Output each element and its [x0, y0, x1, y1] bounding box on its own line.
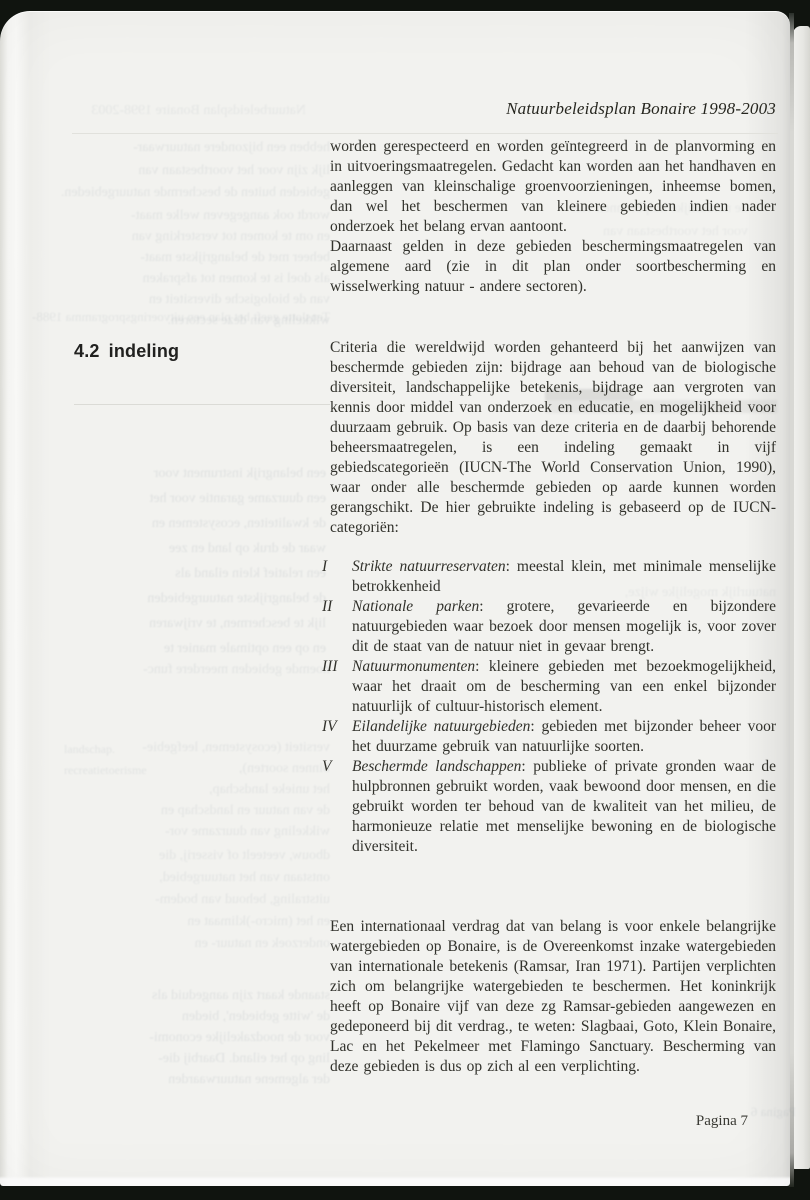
document-page: Natuurbeleidsplan Bonaire 1998-2003 hebb…: [0, 11, 790, 1186]
ghost-text-block: een belangrijk instrument vooreen duurza…: [64, 461, 326, 661]
ghost-text-block: dbouw, veeteelt of visserij, dieontstaan…: [64, 845, 330, 955]
list-item-term: Eilandelijke natuurgebieden: [352, 718, 530, 735]
list-item-numeral: II: [322, 597, 352, 657]
ghost-text-block: wordt ook aangegeven welke maat-en om te…: [64, 205, 330, 331]
paragraph-ramsar: Een internationaal verdrag dat van belan…: [330, 917, 776, 1077]
list-item: IV Eilandelijke natuurgebieden: gebieden…: [322, 717, 776, 757]
list-item: V Beschermde landschappen: publieke of p…: [322, 757, 776, 857]
next-page-edge: [793, 26, 810, 1169]
list-item: III Natuurmonumenten: kleinere gebieden …: [322, 657, 776, 717]
ghost-text-block: hebben een bijzondere natuurwaar-lijk zi…: [64, 137, 330, 205]
ghost-margin-label: landschap.: [64, 742, 194, 757]
page-number: Pagina 7: [578, 1113, 748, 1130]
list-item: II Nationale parken: grotere, gevarieerd…: [322, 597, 776, 657]
section-heading: 4.2indeling: [74, 341, 179, 362]
list-item-term: Nationale parken: [352, 598, 479, 615]
list-item-numeral: I: [322, 557, 352, 597]
list-item-text: Nationale parken: grotere, gevarieerde e…: [352, 597, 776, 657]
paragraph-text: Daarnaast gelden in deze gebieden besche…: [330, 238, 776, 295]
ghost-page-number-verso: Pagina 6: [750, 1104, 796, 1120]
ghost-text-block: versiteit (ecosystemen, leefgebie-binnen…: [64, 737, 330, 842]
list-item-term: Natuurmonumenten: [352, 658, 475, 675]
list-item-text: Eilandelijke natuurgebieden: gebieden me…: [352, 717, 776, 757]
ghost-margin-label: recreatietoerisme: [64, 763, 194, 778]
paragraph-text: worden gerespecteerd en worden geïntegre…: [330, 138, 776, 235]
header-rule: [72, 133, 778, 134]
list-item-text: Beschermde landschappen: publieke of pri…: [352, 757, 776, 857]
list-item-numeral: V: [322, 757, 352, 857]
list-item-term: Beschermde landschappen: [352, 758, 521, 775]
ghost-text-block: staande kaart zijn aangeduid alsde 'witt…: [64, 985, 330, 1090]
list-item-term: Strikte natuurreservaten: [352, 558, 506, 575]
paragraph-criteria: Criteria die wereldwijd worden gehanteer…: [330, 338, 776, 538]
list-item-numeral: IV: [322, 717, 352, 757]
section-rule: [74, 404, 330, 405]
list-item-text: Strikte natuurreservaten: meestal klein,…: [352, 557, 776, 597]
paragraph-planning: worden gerespecteerd en worden geïntegre…: [330, 137, 776, 297]
section-number: 4.2: [74, 341, 100, 361]
running-header-title: Natuurbeleidsplan Bonaire 1998-2003: [70, 99, 776, 119]
list-item-numeral: III: [322, 657, 352, 717]
ghost-text-line: Tenslotte geeft het plan een uitvoerings…: [64, 309, 330, 325]
ghost-text-line: noemde gebieden meerdere func-: [64, 662, 330, 678]
list-item: I Strikte natuurreservaten: meestal klei…: [322, 557, 776, 597]
list-item-text: Natuurmonumenten: kleinere gebieden met …: [352, 657, 776, 717]
section-title: indeling: [109, 341, 180, 361]
iucn-category-list: I Strikte natuurreservaten: meestal klei…: [322, 557, 776, 857]
